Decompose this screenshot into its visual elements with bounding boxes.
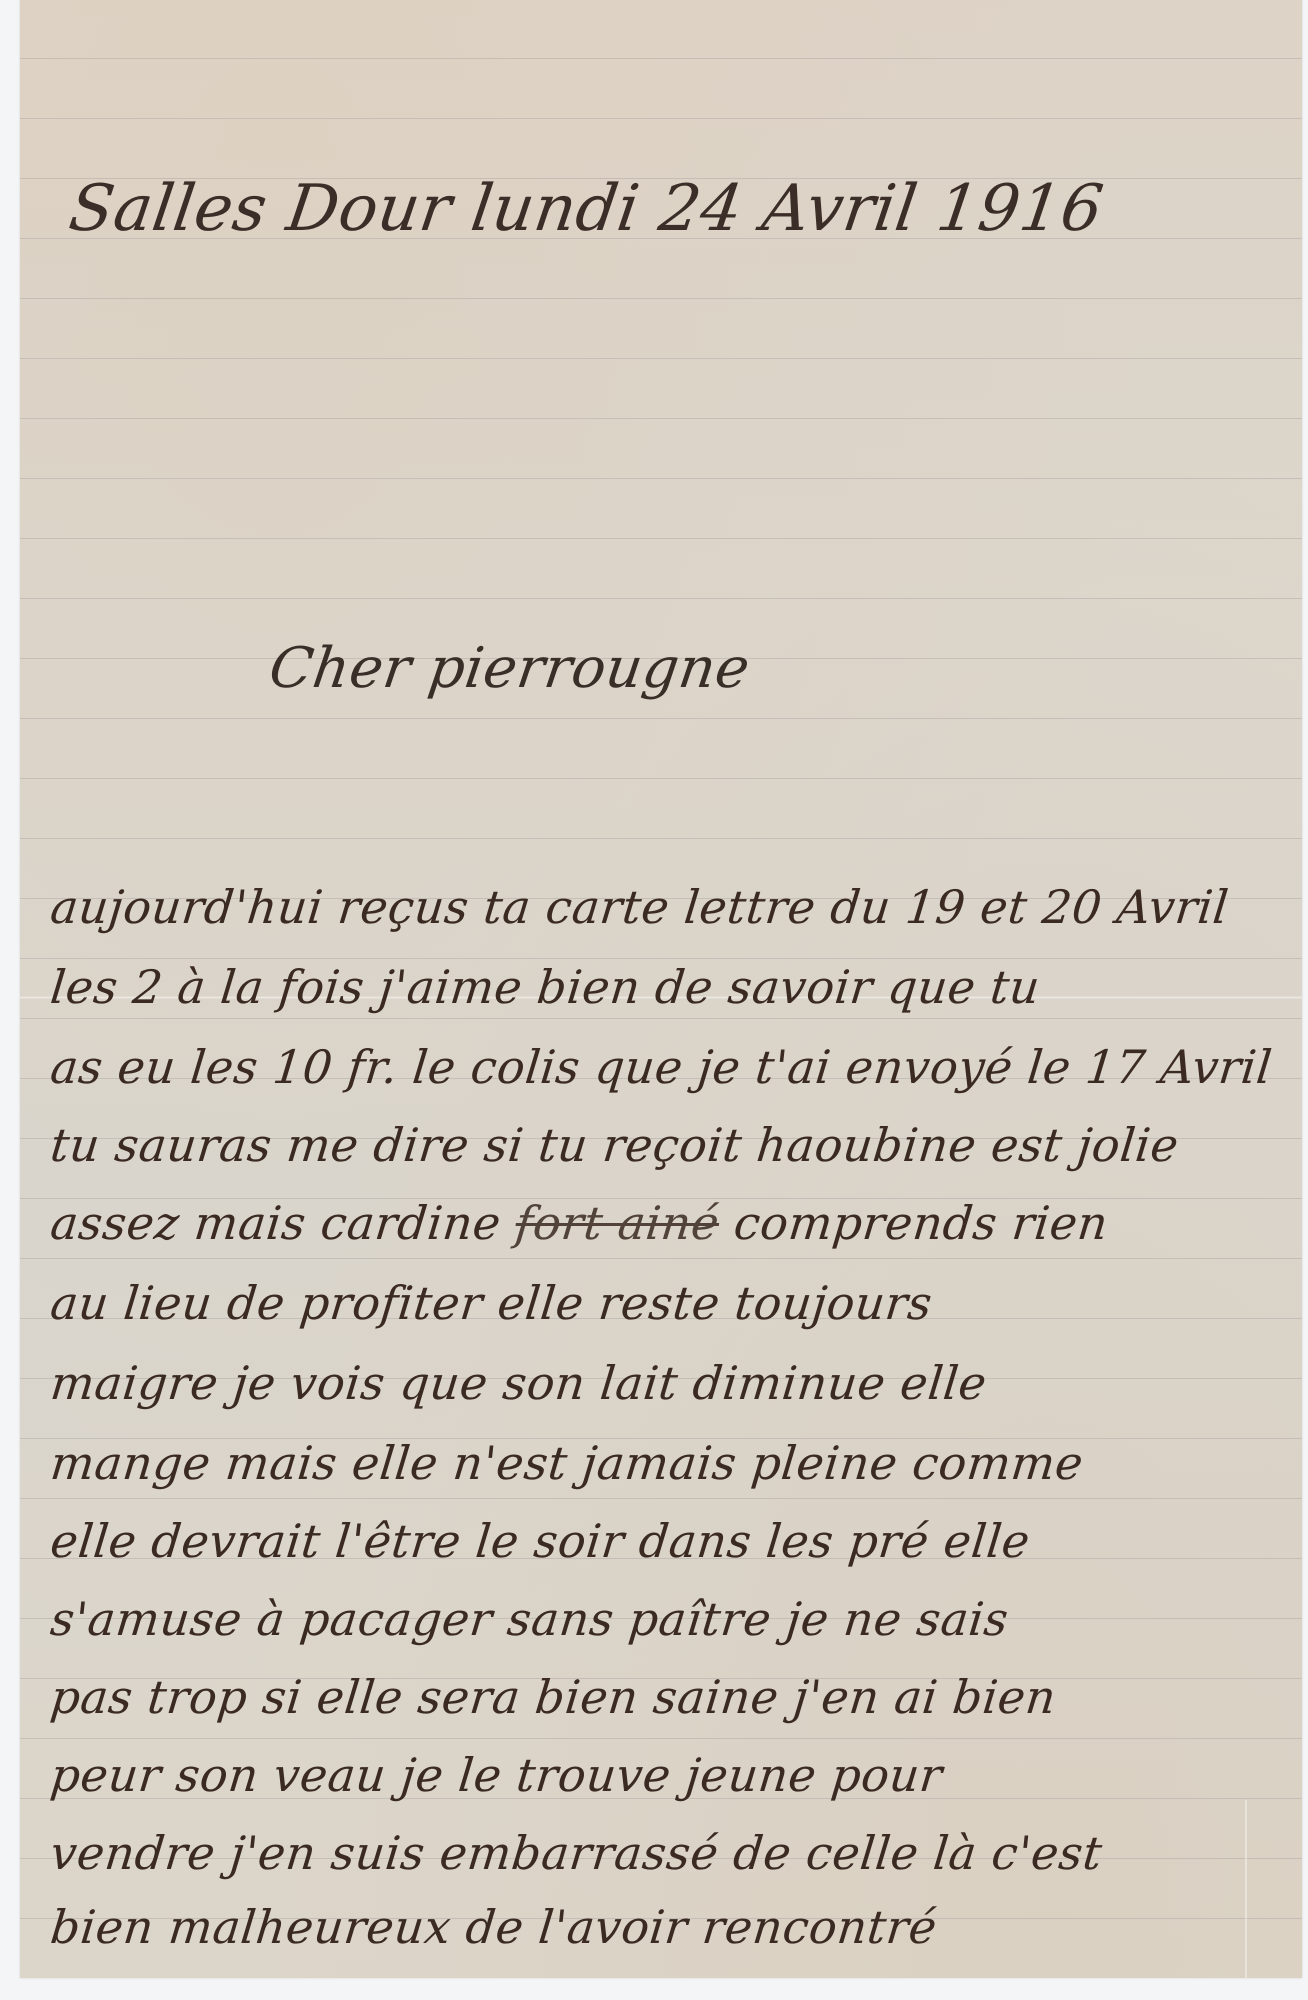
scanned-page: Salles Dour lundi 24 Avril 1916 Cher pie… bbox=[0, 0, 1308, 2000]
struck-out-text: fort ainé bbox=[513, 1196, 722, 1250]
letter-line: vendre j'en suis embarrassé de celle là … bbox=[48, 1826, 1105, 1880]
letter-line: pas trop si elle sera bien saine j'en ai… bbox=[48, 1670, 1059, 1724]
letter-line-with-strikethrough: assez mais cardine fort ainé comprends r… bbox=[48, 1196, 1111, 1250]
letter-salutation: Cher pierrougne bbox=[265, 636, 754, 701]
paper-tear-crease bbox=[1245, 1800, 1247, 1978]
letter-line: bien malheureux de l'avoir rencontré bbox=[48, 1900, 940, 1954]
letter-line: peur son veau je le trouve jeune pour bbox=[48, 1748, 945, 1802]
letter-line: maigre je vois que son lait diminue elle bbox=[48, 1356, 989, 1410]
letter-line: tu sauras me dire si tu reçoit haoubine … bbox=[48, 1118, 1181, 1172]
letter-line: s'amuse à pacager sans paître je ne sais bbox=[48, 1592, 1011, 1646]
letter-line: aujourd'hui reçus ta carte lettre du 19 … bbox=[48, 880, 1231, 934]
letter-line: as eu les 10 fr. le colis que je t'ai en… bbox=[48, 1040, 1275, 1094]
letter-line: elle devrait l'être le soir dans les pré… bbox=[48, 1514, 1033, 1568]
letter-text: assez mais cardine bbox=[48, 1196, 504, 1250]
letter-text: comprends rien bbox=[731, 1196, 1110, 1250]
letter-line: les 2 à la fois j'aime bien de savoir qu… bbox=[48, 960, 1043, 1014]
letter-line: au lieu de profiter elle reste toujours bbox=[48, 1276, 935, 1330]
letter-line: mange mais elle n'est jamais pleine comm… bbox=[48, 1436, 1086, 1490]
letter-heading-date-place: Salles Dour lundi 24 Avril 1916 bbox=[65, 172, 1108, 246]
letter-paper: Salles Dour lundi 24 Avril 1916 Cher pie… bbox=[20, 0, 1302, 1978]
